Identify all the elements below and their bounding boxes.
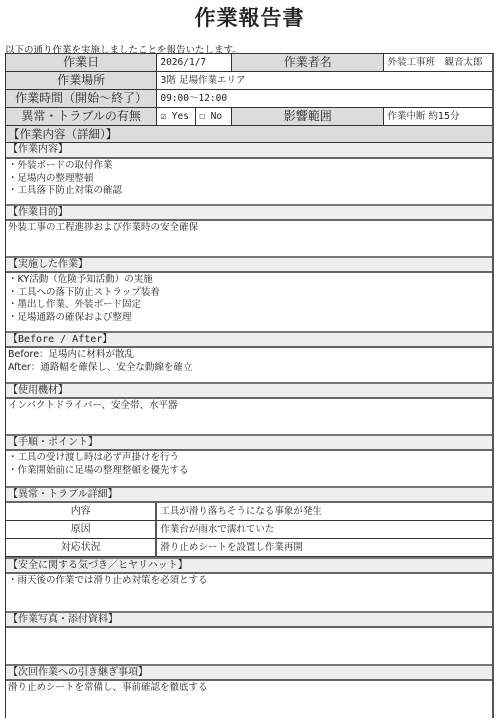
handover-heading-row: 【次回作業への引き継ぎ事項】 [6, 664, 492, 681]
safety-body[interactable]: ・雨天後の作業では滑り止め対策を必須とする [6, 574, 492, 611]
after-line: After：通路幅を確保し、安全な動線を確立 [8, 362, 492, 375]
purpose-body[interactable]: 外装工事の工程進捗および作業時の安全確保 [6, 221, 492, 256]
trouble-detail-row: 原因 作業台が雨水で濡れていた [6, 521, 492, 539]
trouble-response-field[interactable]: 滑り止めシートを設置し作業再開 [157, 539, 492, 557]
points-heading-row: 【手順・ポイント】 [6, 434, 492, 451]
impact-label: 影響範囲 [232, 108, 384, 126]
safety-heading-row: 【安全に関する気づき／ヒヤリハット】 [6, 557, 492, 574]
equipment-body[interactable]: インパクトドライバー、安全帯、水平器 [6, 399, 492, 434]
trouble-label: 異常・トラブルの有無 [6, 108, 157, 126]
work-date-label: 作業日 [6, 54, 157, 72]
trouble-cause-field[interactable]: 作業台が雨水で濡れていた [157, 521, 492, 539]
purpose-heading: 【作業目的】 [6, 204, 492, 221]
page-title: 作業報告書 [0, 2, 499, 32]
trouble-no-checkbox[interactable]: ☐ No [196, 108, 232, 126]
trouble-cause-label: 原因 [6, 521, 157, 539]
safety-line: ・雨天後の作業では滑り止め対策を必須とする [8, 575, 492, 588]
done-heading-row: 【実施した作業】 [6, 256, 492, 273]
photos-heading: 【作業写真・添付資料】 [6, 611, 492, 628]
trouble-detail-row: 内容 工具が滑り落ちそうになる事象が発生 [6, 503, 492, 521]
trouble-content-label: 内容 [6, 503, 157, 521]
before-after-heading: 【Before / After】 [6, 331, 492, 348]
before-line: Before：足場内に材料が散乱 [8, 349, 492, 362]
row-time: 作業時間（開始～終了） 09:00～12:00 [6, 90, 492, 108]
points-heading: 【手順・ポイント】 [6, 434, 492, 451]
equipment-line: インパクトドライバー、安全帯、水平器 [8, 400, 492, 413]
place-label: 作業場所 [6, 72, 157, 90]
trouble-detail-heading-row: 【異常・トラブル詳細】 [6, 486, 492, 503]
trouble-response-label: 対応状況 [6, 539, 157, 557]
photos-body[interactable] [6, 628, 492, 664]
points-body[interactable]: ・工具の受け渡し時は必ず声掛けを行う ・作業開始前に足場の整理整頓を優先する [6, 451, 492, 486]
handover-body[interactable]: 滑り止めシートを常備し、事前確認を徹底する [6, 681, 492, 718]
time-field[interactable]: 09:00～12:00 [157, 90, 492, 108]
content-body[interactable]: ・外装ボードの取付作業 ・足場内の整理整頓 ・工具落下防止対策の確認 [6, 159, 492, 204]
worker-label: 作業者名 [232, 54, 384, 72]
content-heading: 【作業内容】 [6, 143, 492, 159]
report-sheet: 作業日 2026/1/7 作業者名 外装工事班 観音太郎 作業場所 3階 足場作… [5, 53, 494, 718]
time-label: 作業時間（開始～終了） [6, 90, 157, 108]
before-after-heading-row: 【Before / After】 [6, 331, 492, 348]
details-title: 【作業内容（詳細）】 [6, 126, 492, 143]
purpose-line: 外装工事の工程進捗および作業時の安全確保 [8, 222, 492, 235]
row-trouble: 異常・トラブルの有無 ☑ Yes ☐ No 影響範囲 作業中断 約15分 [6, 108, 492, 126]
done-line: ・工具への落下防止ストラップ装着 [8, 287, 492, 300]
row-date-worker: 作業日 2026/1/7 作業者名 外装工事班 観音太郎 [6, 54, 492, 72]
content-line: ・工具落下防止対策の確認 [8, 185, 492, 198]
equipment-heading-row: 【使用機材】 [6, 382, 492, 399]
content-line: ・外装ボードの取付作業 [8, 160, 492, 173]
place-field[interactable]: 3階 足場作業エリア [157, 72, 492, 90]
points-line: ・作業開始前に足場の整理整頓を優先する [8, 465, 492, 478]
trouble-detail-heading: 【異常・トラブル詳細】 [6, 486, 492, 503]
handover-line: 滑り止めシートを常備し、事前確認を徹底する [8, 682, 492, 695]
equipment-heading: 【使用機材】 [6, 382, 492, 399]
content-heading-row: 【作業内容】 [6, 143, 492, 159]
content-line: ・足場内の整理整頓 [8, 173, 492, 186]
trouble-detail-row: 対応状況 滑り止めシートを設置し作業再開 [6, 539, 492, 557]
done-heading: 【実施した作業】 [6, 256, 492, 273]
work-date-field[interactable]: 2026/1/7 [157, 54, 232, 72]
done-line: ・足場通路の確保および整理 [8, 312, 492, 325]
photos-heading-row: 【作業写真・添付資料】 [6, 611, 492, 628]
safety-heading: 【安全に関する気づき／ヒヤリハット】 [6, 557, 492, 574]
worker-field[interactable]: 外装工事班 観音太郎 [384, 54, 492, 72]
done-body[interactable]: ・KY活動（危険予知活動）の実施 ・工具への落下防止ストラップ装着 ・墨出し作業… [6, 273, 492, 331]
purpose-heading-row: 【作業目的】 [6, 204, 492, 221]
points-line: ・工具の受け渡し時は必ず声掛けを行う [8, 452, 492, 465]
handover-heading: 【次回作業への引き継ぎ事項】 [6, 664, 492, 681]
row-place: 作業場所 3階 足場作業エリア [6, 72, 492, 90]
impact-field[interactable]: 作業中断 約15分 [384, 108, 492, 126]
trouble-content-field[interactable]: 工具が滑り落ちそうになる事象が発生 [157, 503, 492, 521]
done-line: ・KY活動（危険予知活動）の実施 [8, 274, 492, 287]
before-after-body[interactable]: Before：足場内に材料が散乱 After：通路幅を確保し、安全な動線を確立 [6, 348, 492, 382]
done-line: ・墨出し作業、外装ボード固定 [8, 299, 492, 312]
details-title-row: 【作業内容（詳細）】 [6, 126, 492, 143]
trouble-yes-checkbox[interactable]: ☑ Yes [157, 108, 196, 126]
